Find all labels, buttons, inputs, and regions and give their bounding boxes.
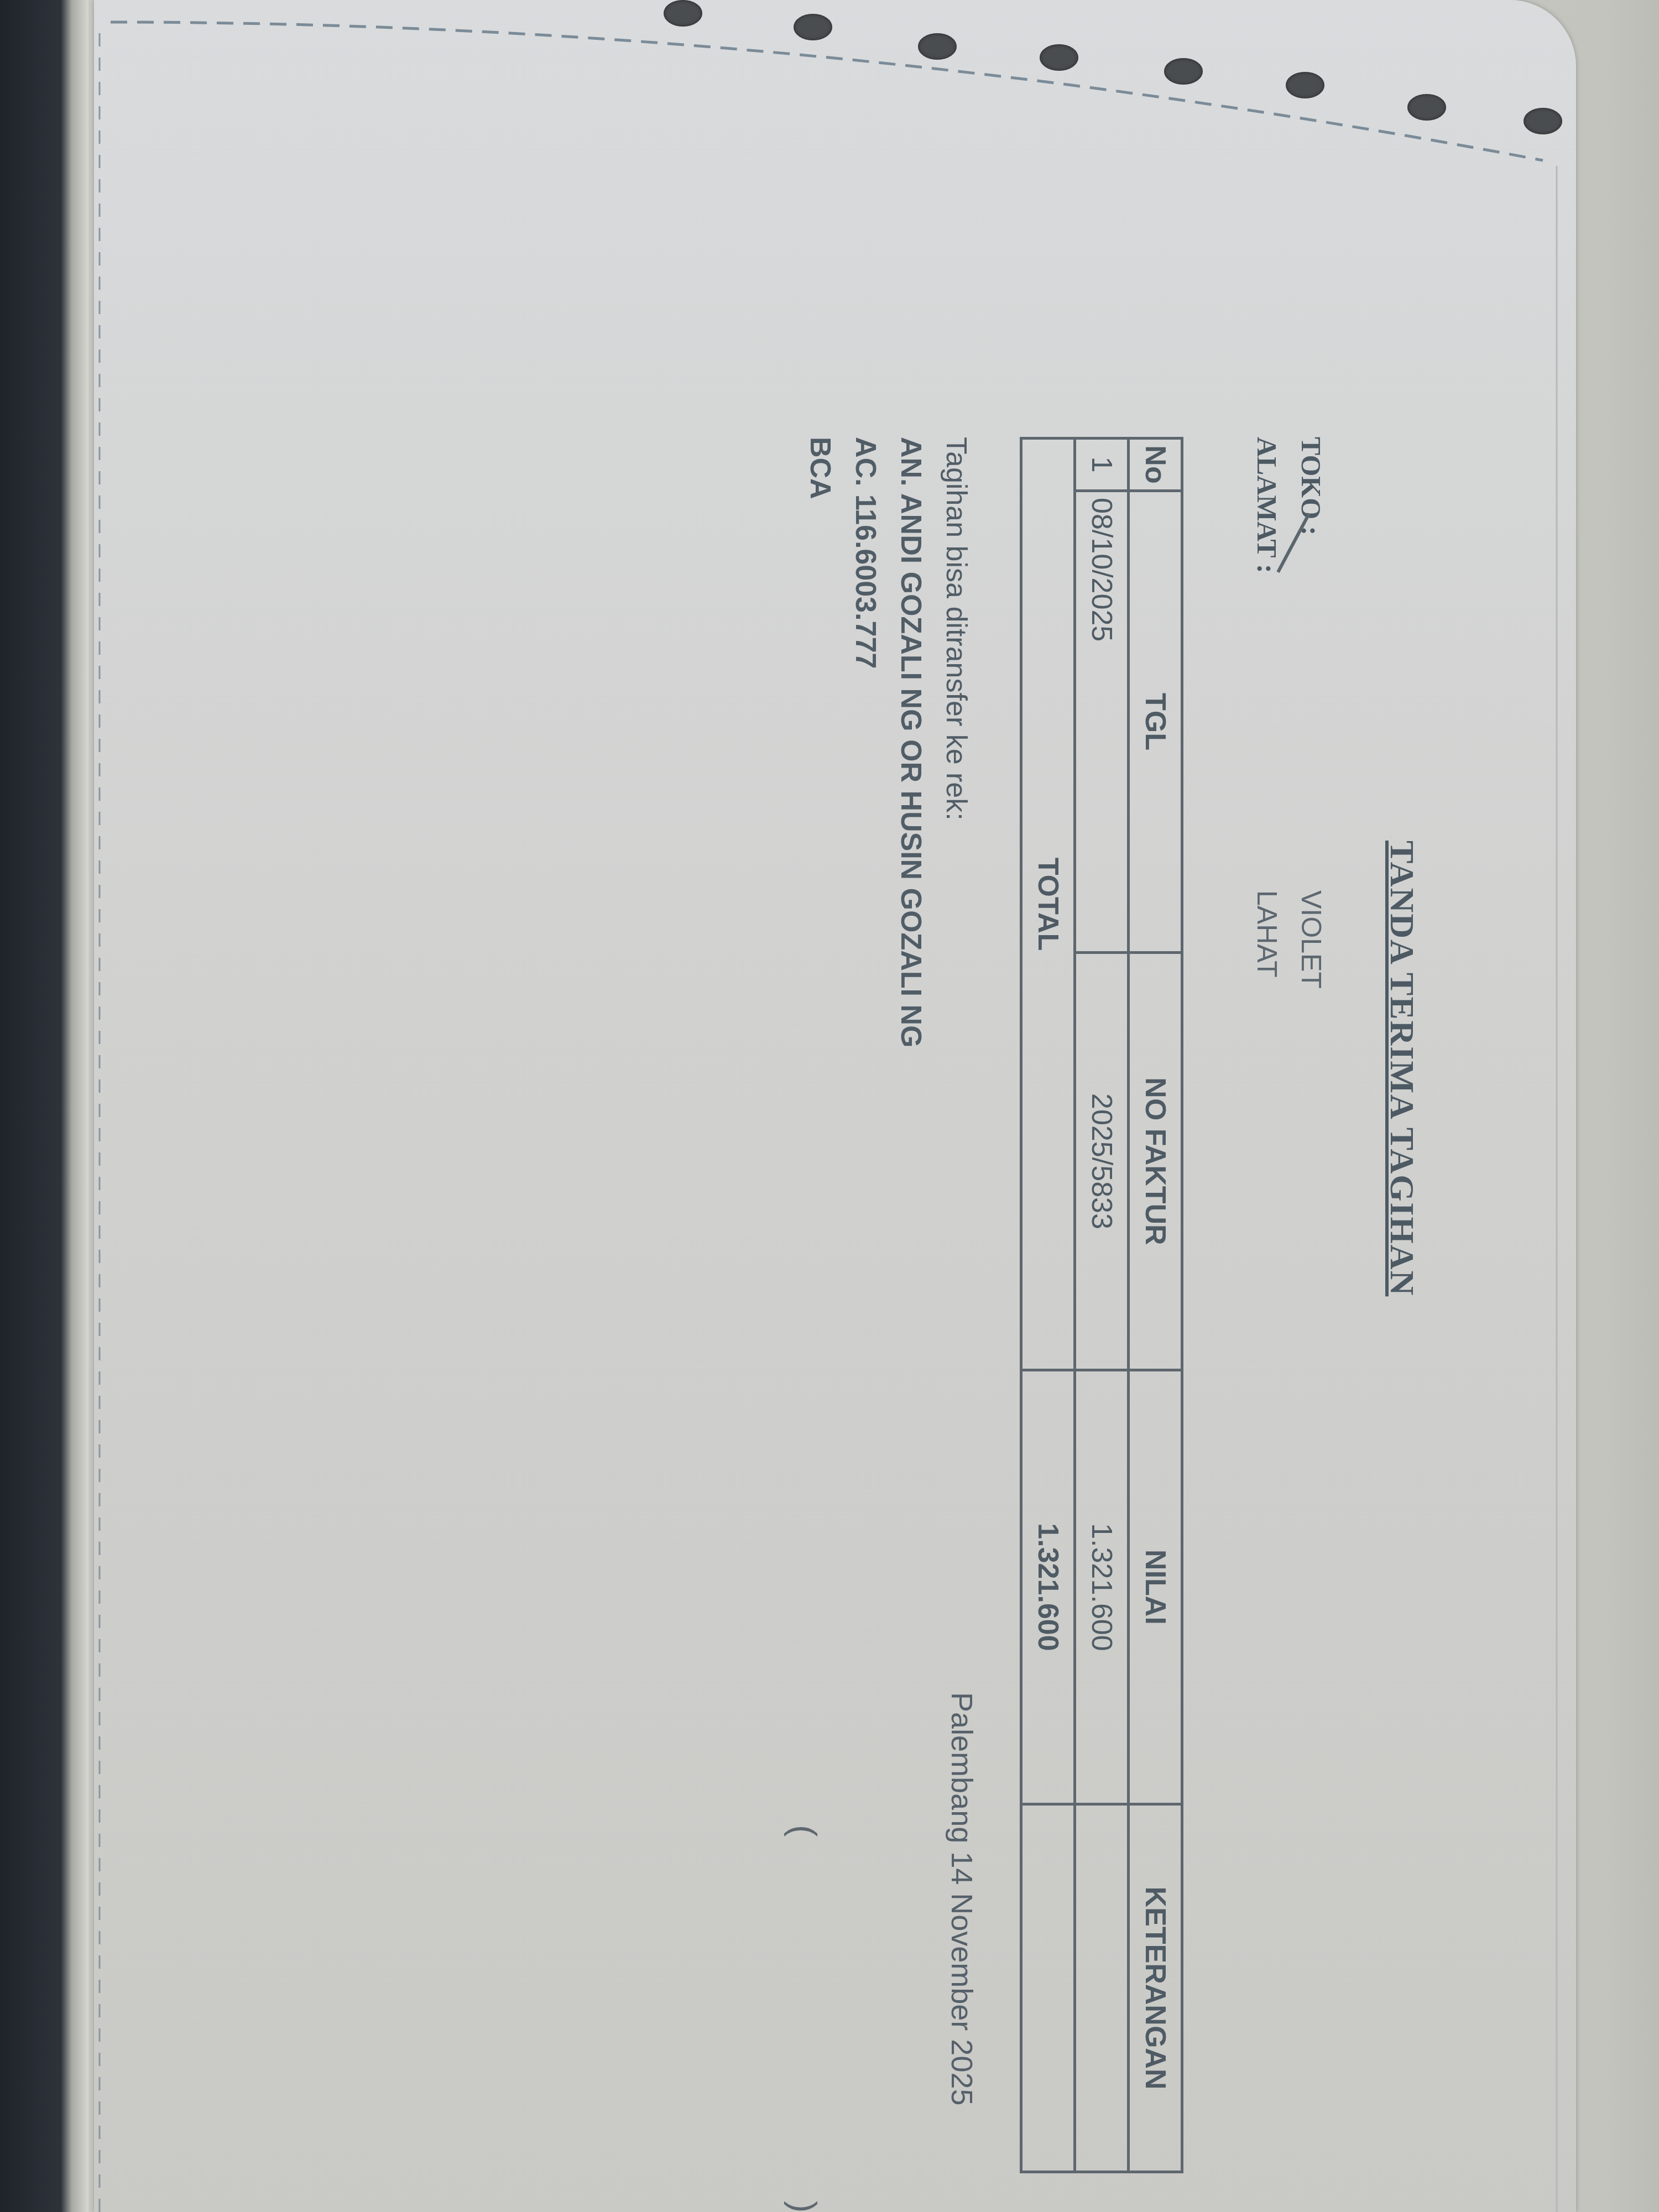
sprocket-hole	[1407, 94, 1446, 121]
total-keterangan	[1021, 1804, 1075, 2172]
sprocket-hole	[1164, 58, 1203, 85]
sprocket-hole	[1040, 44, 1078, 71]
alamat-row: ALAMAT : LAHAT	[1251, 437, 1283, 573]
document-title: TANDA TERIMA TAGIHAN	[1382, 841, 1421, 1296]
sprocket-hole	[1286, 72, 1324, 98]
table-total-row: TOTAL 1.321.600	[1021, 439, 1075, 2172]
invoice-table: No TGL NO FAKTUR NILAI KETERANGAN 1 08/1…	[1020, 437, 1183, 2173]
sprocket-hole	[664, 0, 702, 27]
bank-name: BCA	[797, 437, 843, 1048]
sprocket-hole	[1524, 108, 1562, 134]
total-label: TOTAL	[1021, 439, 1075, 1370]
table-row: 1 08/10/2025 2025/5833 1.321.600	[1075, 439, 1129, 2172]
header-nilai: NILAI	[1129, 1370, 1182, 1804]
signature-open-paren: (	[783, 1825, 824, 1837]
cell-keterangan	[1075, 1804, 1129, 2172]
cell-tgl: 08/10/2025	[1075, 491, 1129, 953]
signature-close-paren: )	[783, 2201, 824, 2212]
account-number: AC. 116.6003.777	[843, 437, 888, 1048]
header-tgl: TGL	[1129, 491, 1182, 953]
total-value: 1.321.600	[1021, 1370, 1075, 1804]
sprocket-hole	[794, 14, 832, 40]
cell-no: 1	[1075, 439, 1129, 491]
header-no: No	[1129, 439, 1182, 491]
cell-no-faktur: 2025/5833	[1075, 953, 1129, 1370]
transfer-info: Tagihan bisa ditransfer ke rek: AN. ANDI…	[797, 437, 979, 1048]
header-no-faktur: NO FAKTUR	[1129, 953, 1182, 1370]
transfer-instruction: Tagihan bisa ditransfer ke rek:	[933, 437, 979, 1048]
account-holder: AN. ANDI GOZALI NG OR HUSIN GOZALI NG	[888, 437, 933, 1048]
sprocket-hole	[918, 33, 957, 60]
alamat-value: LAHAT	[1251, 890, 1283, 977]
header-keterangan: KETERANGAN	[1129, 1804, 1182, 2172]
cell-nilai: 1.321.600	[1075, 1370, 1129, 1804]
toko-row: TOKO : VIOLET	[1295, 437, 1327, 535]
invoice-receipt: TANDA TERIMA TAGIHAN TOKO : VIOLET ALAMA…	[55, 332, 1493, 2212]
table-header-row: No TGL NO FAKTUR NILAI KETERANGAN	[1129, 439, 1182, 2172]
place-date: Palembang 14 November 2025	[945, 1692, 979, 2105]
toko-label: TOKO :	[1296, 437, 1327, 535]
toko-value: VIOLET	[1295, 890, 1327, 989]
alamat-label: ALAMAT :	[1251, 437, 1282, 573]
